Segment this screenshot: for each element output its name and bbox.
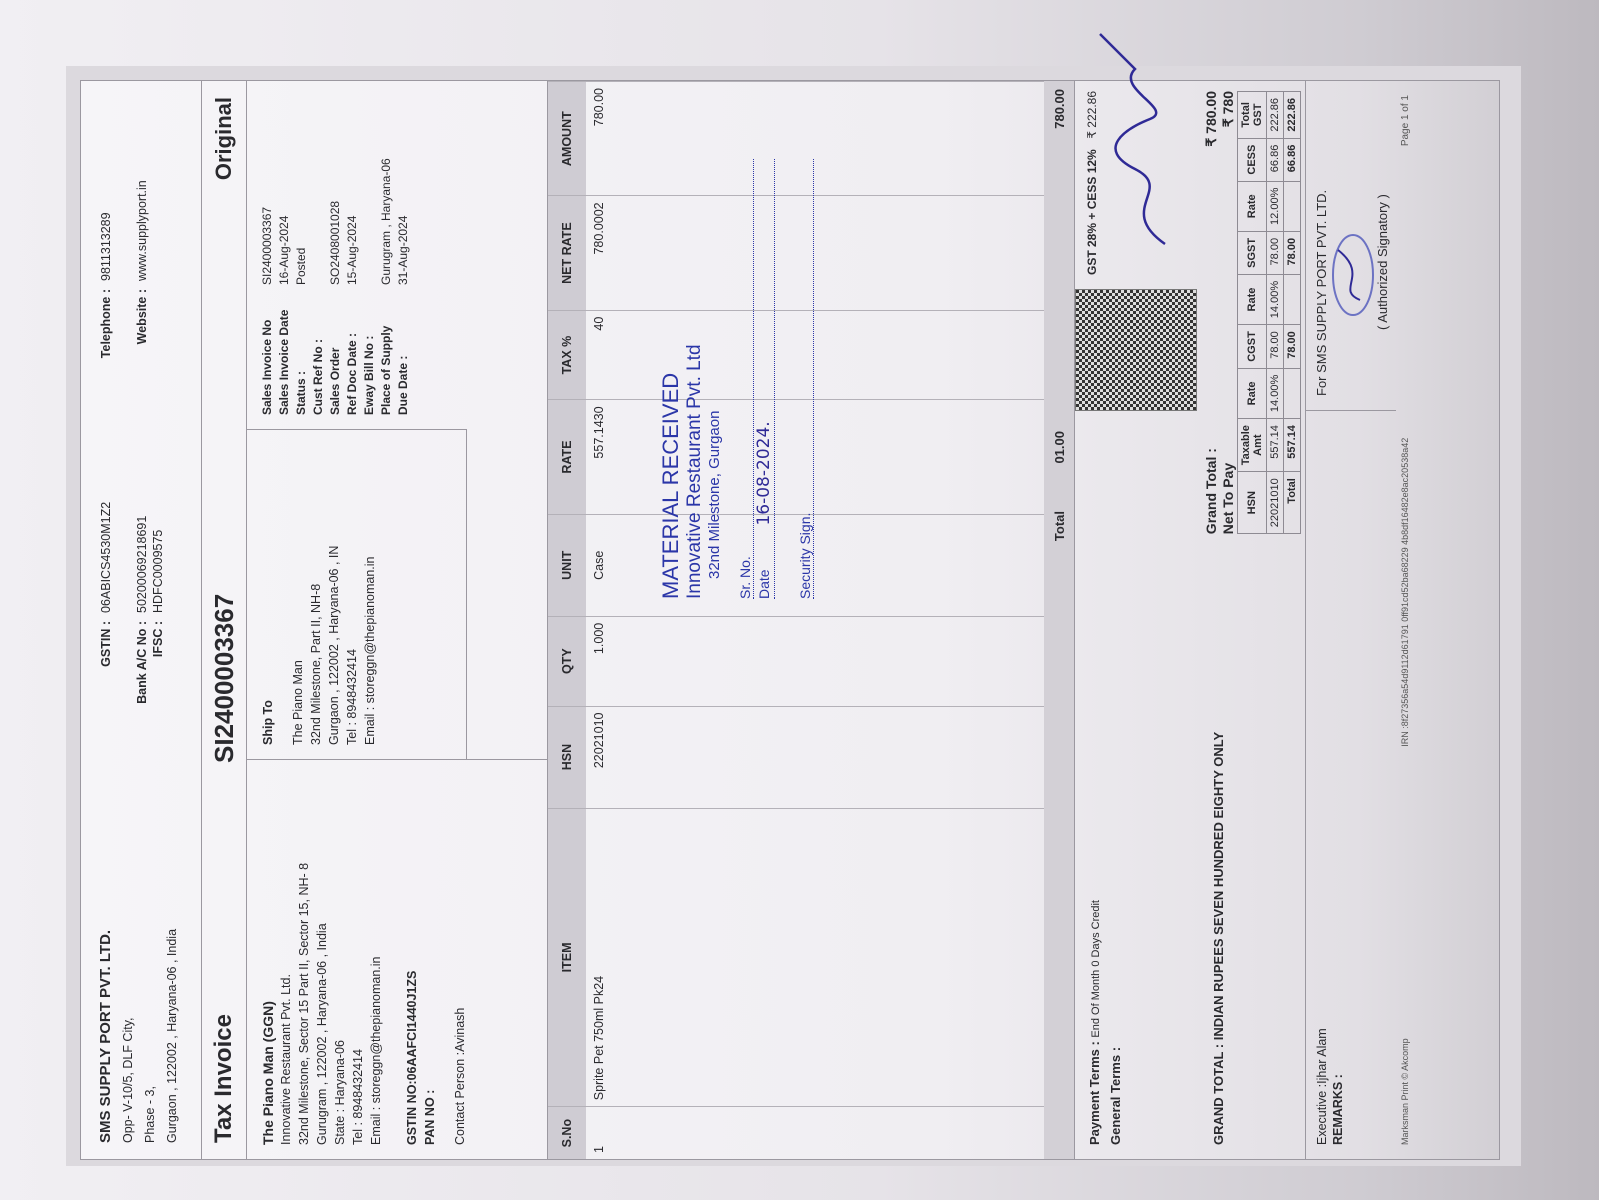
ship-to-line: Gurgaon , 122002 , Haryana-06 , IN — [325, 444, 343, 745]
meta-value: SO2408001028 — [327, 95, 344, 285]
executive: Executive :Ijhar Alam — [1314, 425, 1330, 1145]
meta-label: Cust Ref No : — [310, 285, 327, 415]
table-cell: 1 — [586, 1107, 612, 1159]
items-header-row: S.NoITEMHSNQTYUNITRATETAX %NET RATEAMOUN… — [548, 82, 586, 1160]
gst-summary: Grand Total : ₹ 780.00 Net To Pay ₹ 780 … — [1195, 81, 1305, 544]
gst-total-cell — [1284, 181, 1301, 231]
invoice-page: SMS SUPPLY PORT PVT. LTD. Opp- V-10/5, D… — [80, 80, 1500, 1160]
terms-section: Payment Terms : End Of Month 0 Days Cred… — [1074, 81, 1195, 1159]
invoice-meta-grid: Sales Invoice NoSI2400003367Sales Invoic… — [259, 95, 412, 415]
executive-block: Executive :Ijhar Alam REMARKS : — [1306, 411, 1396, 1159]
gst-total-cell — [1284, 368, 1301, 418]
meta-label: Ref Doc Date : — [344, 285, 361, 415]
document-type: Tax Invoice — [210, 763, 238, 1159]
software-credit: Marksman Print © Akcomp — [1400, 1038, 1411, 1145]
stamp-title: MATERIAL RECEIVED — [658, 159, 684, 599]
seller-gstin: 06ABICS4530M1Z2 — [95, 502, 117, 613]
gst-cell: 78.00 — [1267, 231, 1284, 274]
gst-cell: 22021010 — [1267, 472, 1284, 534]
meta-value: Gurugram , Haryana-06 — [378, 95, 395, 285]
footer-section: Executive :Ijhar Alam REMARKS : For SMS … — [1305, 81, 1396, 1159]
telephone-label: Telephone : — [95, 289, 117, 369]
gst-header-row: HSNTaxable AmtRateCGSTRateSGSTRateCESSTo… — [1238, 92, 1267, 534]
gst-cell: 14.00% — [1267, 368, 1284, 418]
total-amount: 780.00 — [1052, 81, 1067, 431]
gst-cell: 222.86 — [1267, 92, 1284, 139]
table-cell: 1.000 — [586, 616, 612, 706]
net-to-pay-label: Net To Pay — [1220, 463, 1237, 534]
seller-contact-block: Telephone :9811313289 Website :www.suppl… — [81, 81, 201, 385]
ship-to-line: The Piano Man — [289, 444, 307, 745]
meta-label: Sales Invoice Date — [276, 285, 293, 415]
signature-scribble-icon — [1095, 29, 1185, 249]
parties-section: The Piano Man (GGN) Innovative Restauran… — [247, 81, 548, 1159]
signatory-block: For SMS SUPPLY PORT PVT. LTD. ( Authoriz… — [1306, 81, 1396, 411]
website: www.supplyport.in — [131, 180, 153, 281]
material-received-stamp: MATERIAL RECEIVED Innovative Restaurant … — [658, 159, 814, 599]
meta-value — [310, 95, 327, 285]
gst-cell: 78.00 — [1267, 325, 1284, 369]
gst-cell: 66.86 — [1267, 138, 1284, 181]
meta-value: SI2400003367 — [259, 95, 276, 285]
seller-address-block: SMS SUPPLY PORT PVT. LTD. Opp- V-10/5, D… — [81, 747, 201, 1159]
table-cell: 780.0002 — [586, 196, 612, 310]
date-label: Date — [756, 569, 772, 599]
gst-body: 22021010557.1414.00%78.0014.00%78.0012.0… — [1267, 92, 1301, 534]
bill-to: The Piano Man (GGN) Innovative Restauran… — [247, 759, 547, 1159]
total-label: Total — [1052, 501, 1067, 1159]
table-cell: 22021010 — [586, 706, 612, 808]
meta-value: Posted — [293, 95, 310, 285]
gst-cell: 12.00% — [1267, 181, 1284, 231]
website-label: Website : — [131, 289, 153, 369]
payment-terms-value: End Of Month 0 Days Credit — [1090, 900, 1102, 1038]
terms-block: Payment Terms : End Of Month 0 Days Cred… — [1075, 411, 1195, 1159]
meta-label: Eway Bill No : — [361, 285, 378, 415]
meta-label: Due Date : — [395, 285, 412, 415]
gst-column-header: Taxable Amt — [1238, 419, 1267, 472]
gst-total-cell: 78.00 — [1284, 231, 1301, 274]
grand-total-label: Grand Total : — [1203, 448, 1220, 534]
meta-label: Place of Supply — [378, 285, 395, 415]
items-body: 1Sprite Pet 750ml Pk24220210101.000Case5… — [586, 82, 1044, 1160]
ifsc-label: IFSC : — [147, 621, 169, 731]
items-total-bar: Total 01.00 780.00 — [1044, 81, 1074, 1159]
bill-to-line: Tel : 8948432414 — [349, 774, 367, 1145]
gst-total-cell: 78.00 — [1284, 325, 1301, 369]
seller-address-line: Phase - 3, — [139, 763, 161, 1143]
ship-to-line: 32nd Milestone, Part II, NH-8 — [307, 444, 325, 745]
stamp-security: Security Sign. — [797, 159, 814, 599]
irn: IRN :8f27356a54d9112d61791 0ff91cd52ba68… — [1400, 438, 1411, 747]
general-terms-label: General Terms : — [1106, 425, 1126, 1145]
handwritten-date: 16-08-2024. — [754, 421, 774, 525]
meta-value: 15-Aug-2024 — [344, 95, 361, 285]
authorized-signatory: ( Authorized Signatory ) — [1375, 194, 1390, 330]
seller-bank-block: GSTIN :06ABICS4530M1Z2 Bank A/C No :5020… — [81, 385, 201, 747]
page-number: Page 1 of 1 — [1400, 95, 1411, 146]
title-row: Tax Invoice SI2400003367 Original — [202, 81, 247, 1159]
gst-cell: 557.14 — [1267, 419, 1284, 472]
irn-row: Marksman Print © Akcomp IRN :8f27356a54d… — [1396, 81, 1415, 1159]
table-cell: Case — [586, 514, 612, 616]
bill-to-line: Email : storeggn@thepianoman.in — [367, 774, 385, 1145]
security-label: Security Sign. — [797, 513, 813, 599]
net-to-pay-value: ₹ 780 — [1220, 91, 1237, 127]
grand-total-words: GRAND TOTAL : INDIAN RUPEES SEVEN HUNDRE… — [1195, 544, 1305, 1159]
total-qty: 01.00 — [1052, 431, 1067, 501]
bill-to-line: State : Haryana-06 — [331, 774, 349, 1145]
meta-value: 16-Aug-2024 — [276, 95, 293, 285]
qr-code — [1075, 289, 1197, 411]
grand-total-value: ₹ 780.00 — [1203, 91, 1220, 147]
grand-total-section: GRAND TOTAL : INDIAN RUPEES SEVEN HUNDRE… — [1195, 81, 1305, 1159]
bill-to-gstin: GSTIN NO:06AAFCI1440J1ZS — [403, 774, 421, 1145]
invoice-meta: Sales Invoice NoSI2400003367Sales Invoic… — [247, 81, 547, 429]
table-cell: 40 — [586, 310, 612, 400]
meta-label: Sales Invoice No — [259, 285, 276, 415]
meta-label: Sales Order — [327, 285, 344, 415]
gst-row: 22021010557.1414.00%78.0014.00%78.0012.0… — [1267, 92, 1284, 534]
meta-label: Status : — [293, 285, 310, 415]
column-header: S.No — [548, 1107, 586, 1159]
items-section: S.NoITEMHSNQTYUNITRATETAX %NET RATEAMOUN… — [548, 81, 1044, 1159]
ifsc-code: HDFC0009575 — [147, 530, 169, 613]
meta-value: 31-Aug-2024 — [395, 95, 412, 285]
gst-total-row: Total557.1478.0078.0066.86222.86 — [1284, 92, 1301, 534]
seller-address-line: Opp- V-10/5, DLF City, — [117, 763, 139, 1143]
gst-total-cell: 557.14 — [1284, 419, 1301, 472]
ship-to-label: Ship To — [259, 444, 277, 745]
gst-column-header: HSN — [1238, 472, 1267, 534]
stamp-address: 32nd Milestone, Gurgaon — [706, 159, 723, 599]
column-header: NET RATE — [548, 196, 586, 310]
bill-to-name: The Piano Man (GGN) — [259, 774, 277, 1145]
remarks-label: REMARKS : — [1330, 425, 1346, 1145]
sr-no-label: Sr. No. — [737, 556, 753, 599]
table-cell: Sprite Pet 750ml Pk24 — [586, 808, 612, 1107]
gst-cell: 14.00% — [1267, 274, 1284, 324]
stamp-date: Date 16-08-2024. — [754, 159, 775, 599]
gst-column-header: Rate — [1238, 181, 1267, 231]
column-header: HSN — [548, 706, 586, 808]
for-company: For SMS SUPPLY PORT PVT. LTD. — [1314, 95, 1329, 396]
company-seal-icon — [1330, 230, 1376, 320]
table-row: 1Sprite Pet 750ml Pk24220210101.000Case5… — [586, 82, 612, 1160]
invoice-number: SI2400003367 — [209, 180, 240, 763]
gst-total-cell: 222.86 — [1284, 92, 1301, 139]
contact-person: Contact Person :Avinash — [451, 774, 469, 1145]
bill-to-pan: PAN NO : — [421, 774, 439, 1145]
gst-summary-table: HSNTaxable AmtRateCGSTRateSGSTRateCESSTo… — [1237, 91, 1301, 534]
gst-column-header: CGST — [1238, 325, 1267, 369]
column-header: UNIT — [548, 514, 586, 616]
seller-name: SMS SUPPLY PORT PVT. LTD. — [95, 763, 117, 1143]
telephone: 9811313289 — [95, 212, 117, 281]
bill-to-line: Gurugram , 122002 , Haryana-06 , India — [313, 774, 331, 1145]
column-header: QTY — [548, 616, 586, 706]
ship-to-line: Email : storeggn@thepianoman.in — [361, 444, 379, 745]
gstin-label: GSTIN : — [95, 621, 117, 731]
bill-to-line: Innovative Restaurant Pvt. Ltd. — [277, 774, 295, 1145]
gst-total-cell — [1284, 274, 1301, 324]
gst-column-header: SGST — [1238, 231, 1267, 274]
seller-header: SMS SUPPLY PORT PVT. LTD. Opp- V-10/5, D… — [81, 81, 202, 1159]
gst-column-header: Rate — [1238, 368, 1267, 418]
column-header: ITEM — [548, 808, 586, 1107]
table-cell: 780.00 — [586, 82, 612, 196]
ship-to-line: Tel : 8948432414 — [343, 444, 361, 745]
gst-total-cell: 66.86 — [1284, 138, 1301, 181]
gst-column-header: Rate — [1238, 274, 1267, 324]
stamp-sr-no: Sr. No. — [737, 159, 754, 599]
copy-label: Original — [211, 81, 237, 180]
table-cell: 557.1430 — [586, 400, 612, 514]
gst-column-header: CESS — [1238, 138, 1267, 181]
gst-note-block: GST 28% + CESS 12% ₹ 222.86 — [1075, 81, 1195, 289]
stamp-company: Innovative Restaurant Pvt. Ltd — [684, 159, 706, 599]
column-header: AMOUNT — [548, 82, 586, 196]
meta-value — [361, 95, 378, 285]
ship-to: Ship To The Piano Man 32nd Milestone, Pa… — [247, 429, 467, 759]
bill-to-line: 32nd Milestone, Sector 15 Part II, Secto… — [295, 774, 313, 1145]
seller-address-line: Gurgaon , 122002 , Haryana-06 , India — [161, 763, 183, 1143]
gst-total-cell: Total — [1284, 472, 1301, 534]
payment-terms-label: Payment Terms : — [1087, 1041, 1102, 1145]
column-header: RATE — [548, 400, 586, 514]
gst-column-header: Total GST — [1238, 92, 1267, 139]
column-header: TAX % — [548, 310, 586, 400]
